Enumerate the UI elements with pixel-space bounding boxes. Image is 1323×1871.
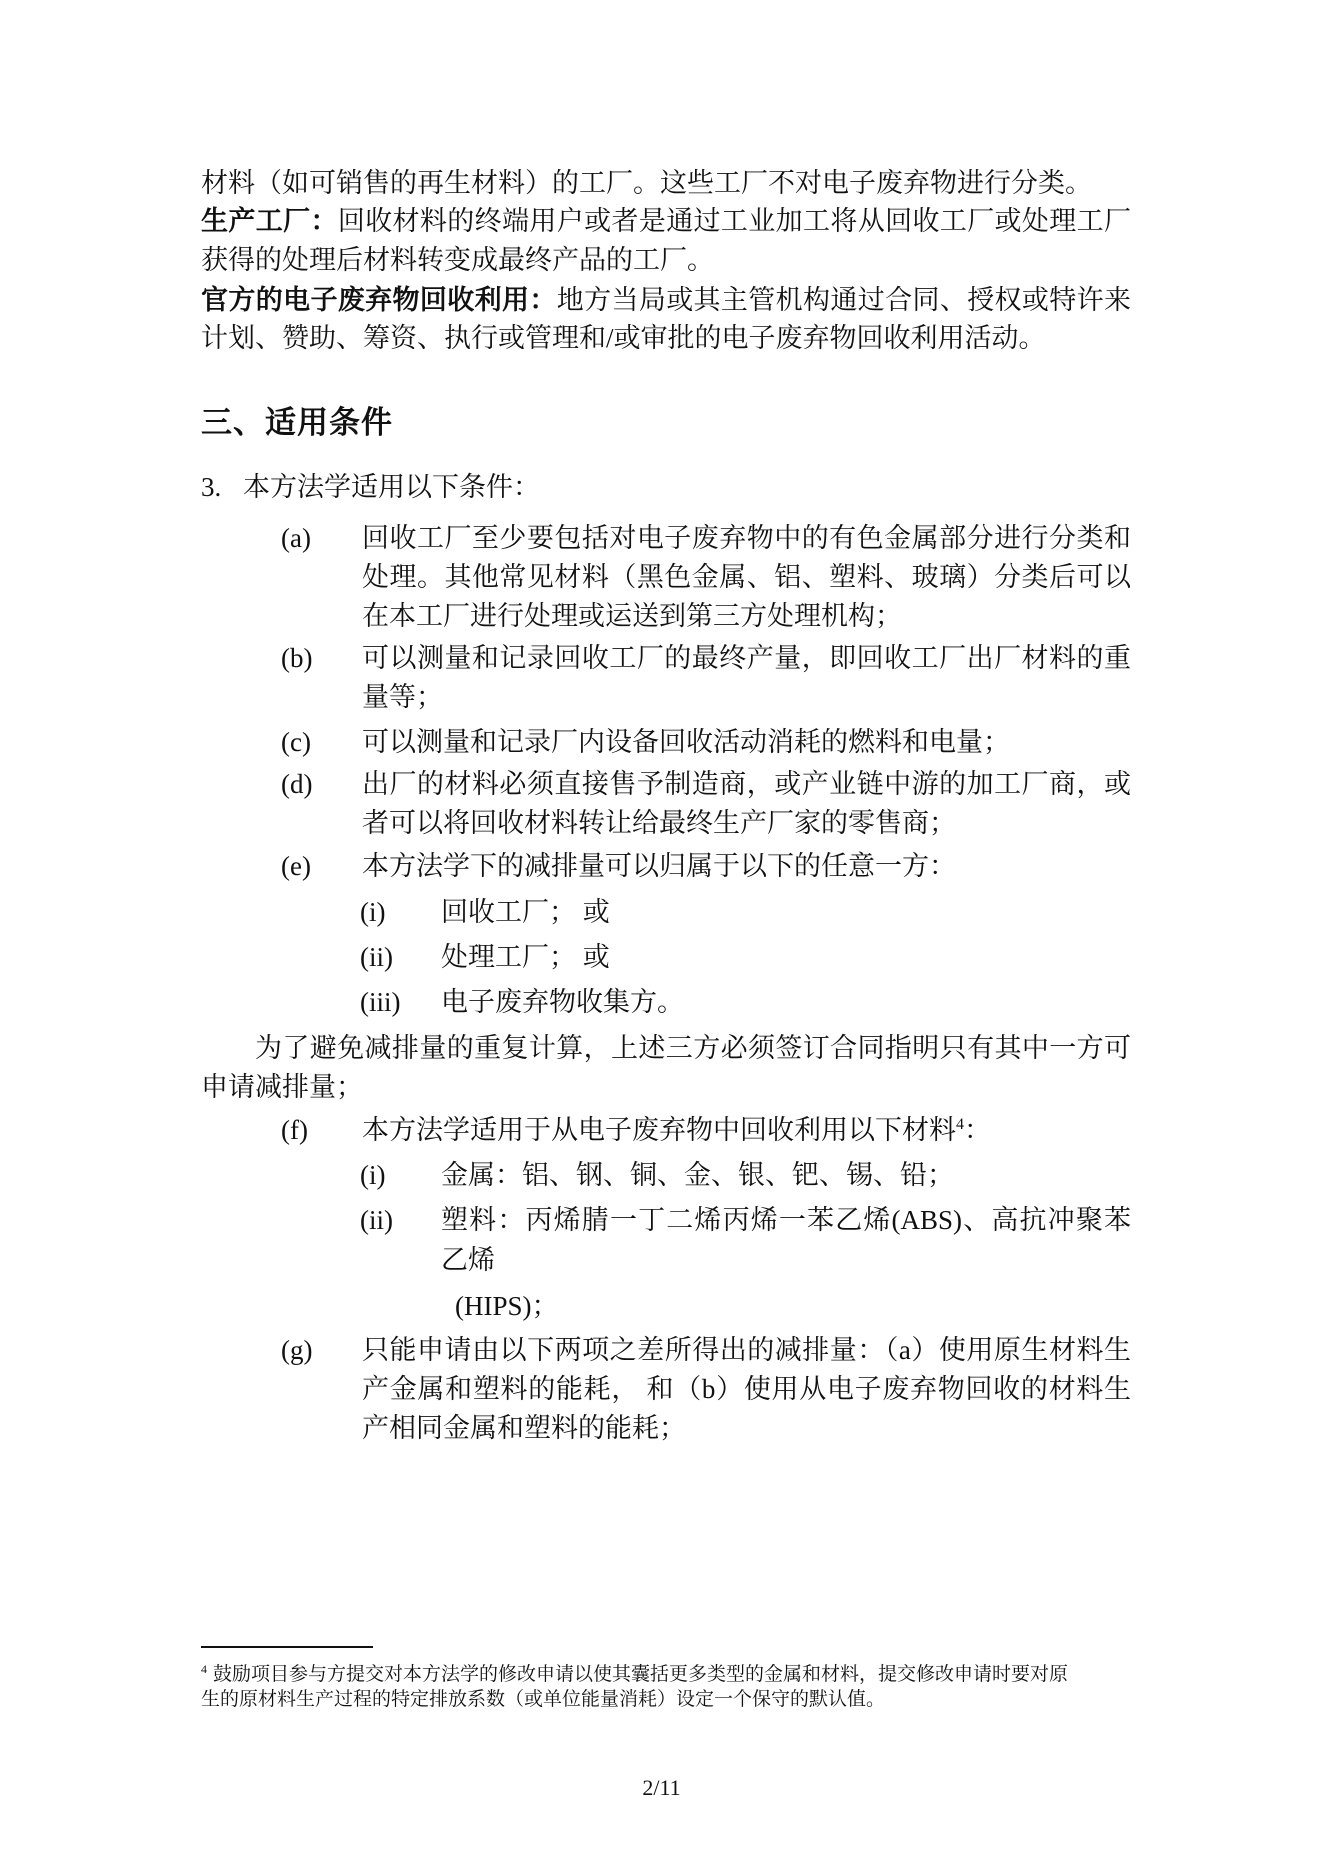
condition-b-line: 可以测量和记录回收工厂的最终产量，即回收工厂出厂材料的重 xyxy=(362,638,1131,678)
condition-e-note-cont: 申请减排量； xyxy=(201,1067,1131,1107)
subitem-label: (ii) xyxy=(360,937,393,977)
subitem-text: 金属：铝、钢、铜、金、银、钯、锡、铅； xyxy=(441,1155,1131,1195)
condition-a-line: 处理。其他常见材料（黑色金属、铝、塑料、玻璃）分类后可以 xyxy=(362,557,1131,597)
subitem-text: 塑料：丙烯腈一丁二烯丙烯一苯乙烯(ABS)、高抗冲聚苯 xyxy=(441,1200,1131,1240)
condition-d-line: 出厂的材料必须直接售予制造商，或产业链中游的加工厂商，或 xyxy=(362,764,1131,804)
condition-label-a: (a) xyxy=(281,518,311,558)
footnote-text: 鼓励项目参与方提交对本方法学的修改申请以使其囊括更多类型的金属和材料，提交修改申… xyxy=(213,1664,1068,1685)
condition-label-f: (f) xyxy=(281,1110,308,1150)
subitem-label: (iii) xyxy=(360,982,401,1022)
subitem-label: (ii) xyxy=(360,1200,393,1240)
definition-production-plant: 生产工厂：回收材料的终端用户或者是通过工业加工将从回收工厂或处理工厂 xyxy=(201,201,1131,241)
condition-f-text: 本方法学适用于从电子废弃物中回收利用以下材料 xyxy=(362,1115,956,1145)
subitem-continuation: (HIPS)； xyxy=(455,1286,559,1326)
condition-f-text-end: ： xyxy=(964,1115,991,1145)
clause-number: 3. xyxy=(201,467,221,507)
footnote-line: 4鼓励项目参与方提交对本方法学的修改申请以使其囊括更多类型的金属和材料，提交修改… xyxy=(201,1662,1068,1688)
footnote-reference[interactable]: 4 xyxy=(956,1116,964,1133)
condition-a-line: 回收工厂至少要包括对电子废弃物中的有色金属部分进行分类和 xyxy=(362,518,1131,558)
condition-label-g: (g) xyxy=(281,1330,312,1370)
condition-label-e: (e) xyxy=(281,846,311,886)
condition-label-d: (d) xyxy=(281,764,312,804)
definition-text: 回收材料的终端用户或者是通过工业加工将从回收工厂或处理工厂 xyxy=(338,206,1131,236)
definition-text: 地方当局或其主管机构通过合同、授权或特许来 xyxy=(557,285,1131,315)
condition-c-line: 可以测量和记录厂内设备回收活动消耗的燃料和电量； xyxy=(362,722,1131,762)
footnote-line-cont: 生的原材料生产过程的特定排放系数（或单位能量消耗）设定一个保守的默认值。 xyxy=(201,1687,885,1713)
definition-term: 官方的电子废弃物回收利用： xyxy=(201,285,557,315)
subitem-text: 处理工厂； 或 xyxy=(441,937,1131,977)
condition-e-note: 为了避免减排量的重复计算，上述三方必须签订合同指明只有其中一方可 xyxy=(255,1028,1131,1068)
condition-g-line: 只能申请由以下两项之差所得出的减排量：（a）使用原生材料生 xyxy=(362,1330,1131,1370)
subitem-label: (i) xyxy=(360,892,385,932)
condition-g-line: 产相同金属和塑料的能耗； xyxy=(362,1408,1131,1448)
condition-b-line: 量等； xyxy=(362,677,1131,717)
definition-official-recycling-cont: 计划、赞助、筹资、执行或管理和/或审批的电子废弃物回收利用活动。 xyxy=(201,318,1131,358)
condition-label-b: (b) xyxy=(281,638,312,678)
footnote-number: 4 xyxy=(201,1662,207,1676)
subitem-text: 电子废弃物收集方。 xyxy=(441,982,1131,1022)
definition-production-plant-cont: 获得的处理后材料转变成最终产品的工厂。 xyxy=(201,240,1131,280)
intro-line: 材料（如可销售的再生材料）的工厂。这些工厂不对电子废弃物进行分类。 xyxy=(201,163,1131,203)
condition-e-line: 本方法学下的减排量可以归属于以下的任意一方： xyxy=(362,846,1131,886)
subitem-label: (i) xyxy=(360,1155,385,1195)
condition-g-line: 产金属和塑料的能耗， 和（b）使用从电子废弃物回收的材料生 xyxy=(362,1369,1131,1409)
subitem-text: 乙烯 xyxy=(441,1240,1131,1280)
condition-d-line: 者可以将回收材料转让给最终生产厂家的零售商； xyxy=(362,803,1131,843)
clause-text: 本方法学适用以下条件： xyxy=(243,467,540,507)
section-heading: 三、适用条件 xyxy=(201,402,393,444)
definition-official-recycling: 官方的电子废弃物回收利用：地方当局或其主管机构通过合同、授权或特许来 xyxy=(201,280,1131,320)
subitem-text: 回收工厂； 或 xyxy=(441,892,1131,932)
condition-f-line: 本方法学适用于从电子废弃物中回收利用以下材料4： xyxy=(362,1110,1131,1150)
condition-label-c: (c) xyxy=(281,722,311,762)
footnote-separator xyxy=(201,1646,373,1648)
page-number: 2/11 xyxy=(0,1774,1323,1802)
definition-term: 生产工厂： xyxy=(201,206,338,236)
condition-a-line: 在本工厂进行处理或运送到第三方处理机构； xyxy=(362,596,1131,636)
